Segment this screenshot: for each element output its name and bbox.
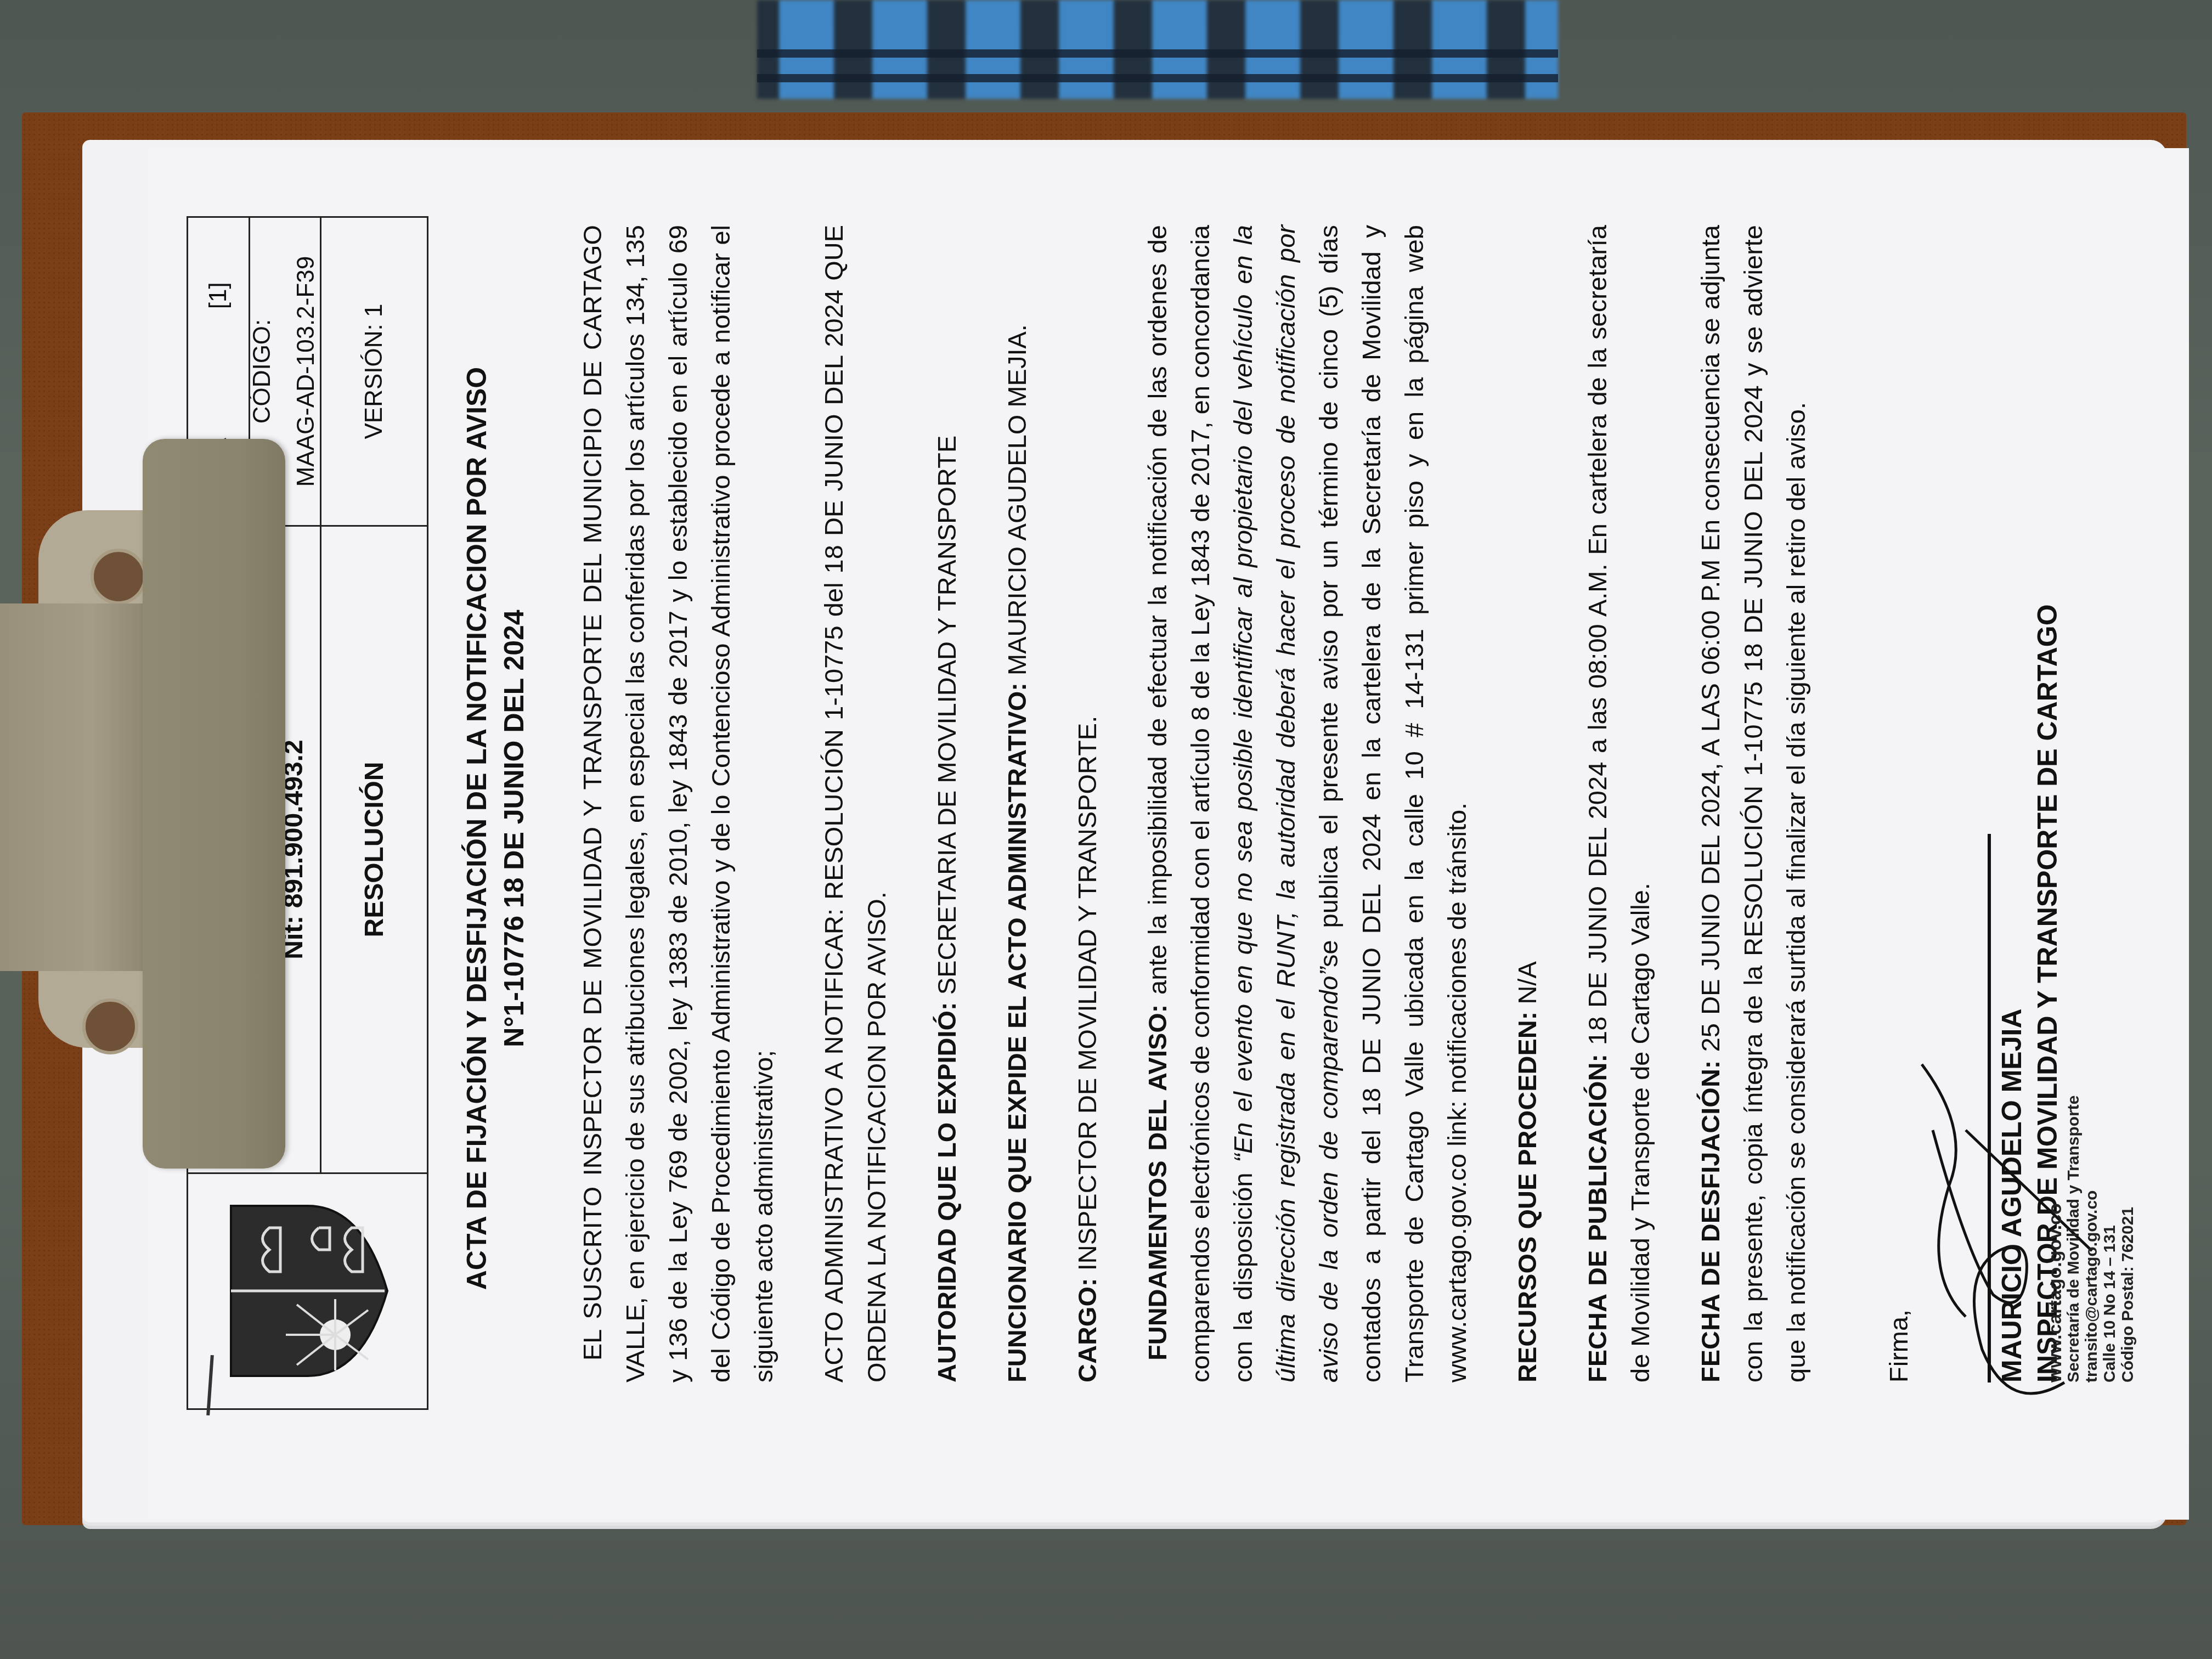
footer-address: Calle 10 No 14 – 131 (2101, 1095, 2119, 1383)
rivet-icon (91, 549, 146, 605)
rivet-icon (82, 998, 138, 1054)
fundamentos-paragraph: FUNDAMENTOS DEL AVISO: ante la imposibil… (1136, 225, 1479, 1383)
cargo-label: CARGO: (1073, 1278, 1102, 1383)
recursos-label: RECURSOS QUE PROCEDEN: (1513, 1012, 1542, 1383)
code-value: MAAG-AD-103.2-F39 (292, 256, 320, 487)
desfijacion-paragraph: FECHA DE DESFIJACIÓN: 25 DE JUNIO DEL 20… (1689, 225, 1818, 1383)
cargo-value: INSPECTOR DE MOVILIDAD Y TRANSPORTE. (1073, 716, 1102, 1278)
recursos-value: N/A (1513, 961, 1542, 1011)
autoridad-label: AUTORIDAD QUE LO EXPIDIÓ: (932, 1002, 961, 1383)
footer-office: Secretaría de Movilidad y Transporte (2064, 1095, 2083, 1383)
funcionario-label: FUNCIONARIO QUE EXPIDE EL ACTO ADMINISTR… (1002, 682, 1031, 1383)
document-title: ACTA DE FIJACIÓN Y DESFIJACIÓN DE LA NOT… (459, 230, 533, 1426)
document-body: EL SUSCRITO INSPECTOR DE MOVILIDAD Y TRA… (571, 225, 1818, 1383)
publicacion-paragraph: FECHA DE PUBLICACIÓN: 18 DE JUNIO DEL 20… (1576, 225, 1662, 1383)
clip-plate (143, 439, 285, 1169)
autoridad-paragraph: AUTORIDAD QUE LO EXPIDIÓ: SECRETARIA DE … (926, 225, 968, 1383)
title-line-2: N°1-10776 18 DE JUNIO DEL 2024 (496, 230, 533, 1426)
document-page-rotated: Nit: 891.900.493.2 IA [1] CÓDIGO: MAAG-A… (148, 148, 2189, 1520)
coat-of-arms-icon (225, 1201, 390, 1382)
footer-email: transito@cartago.gov.co (2083, 1095, 2101, 1383)
desfijacion-label: FECHA DE DESFIJACIÓN: (1696, 1060, 1725, 1383)
footer-contact: www.cartago.gov.co Secretaría de Movilid… (2046, 1095, 2137, 1383)
intro-paragraph: EL SUSCRITO INSPECTOR DE MOVILIDAD Y TRA… (571, 225, 785, 1383)
logo-cell (188, 1172, 427, 1408)
signer-name: MAURICIO AGUDELO MEJIA (1996, 1009, 2028, 1383)
cargo-paragraph: CARGO: INSPECTOR DE MOVILIDAD Y TRANSPOR… (1066, 225, 1109, 1383)
doc-type-cell: RESOLUCIÓN (321, 525, 427, 1172)
publicacion-label: FECHA DE PUBLICACIÓN: (1583, 1054, 1612, 1383)
page-number: [1] (205, 282, 232, 309)
code-label: CÓDIGO: (249, 319, 276, 424)
fundamentos-label: FUNDAMENTOS DEL AVISO: (1143, 1005, 1172, 1361)
title-line-1: ACTA DE FIJACIÓN Y DESFIJACIÓN DE LA NOT… (459, 230, 496, 1426)
acto-paragraph: ACTO ADMINISTRATIVO A NOTIFICAR: RESOLUC… (812, 225, 898, 1383)
funcionario-value: MAURICIO AGUDELO MEJIA. (1002, 324, 1031, 682)
footer-website: www.cartago.gov.co (2046, 1095, 2064, 1383)
autoridad-value: SECRETARIA DE MOVILIDAD Y TRANSPORTE (932, 436, 961, 1002)
footer-postal: Código Postal: 762021 (2119, 1095, 2137, 1383)
document-page: Nit: 891.900.493.2 IA [1] CÓDIGO: MAAG-A… (148, 148, 2189, 1520)
version-cell: VERSIÓN: 1 (321, 218, 427, 525)
signature-line (1988, 834, 1991, 1383)
recursos-paragraph: RECURSOS QUE PROCEDEN: N/A (1506, 225, 1549, 1383)
funcionario-paragraph: FUNCIONARIO QUE EXPIDE EL ACTO ADMINISTR… (996, 225, 1039, 1383)
background-window-frame (757, 33, 1558, 99)
clip-bar (0, 603, 154, 971)
